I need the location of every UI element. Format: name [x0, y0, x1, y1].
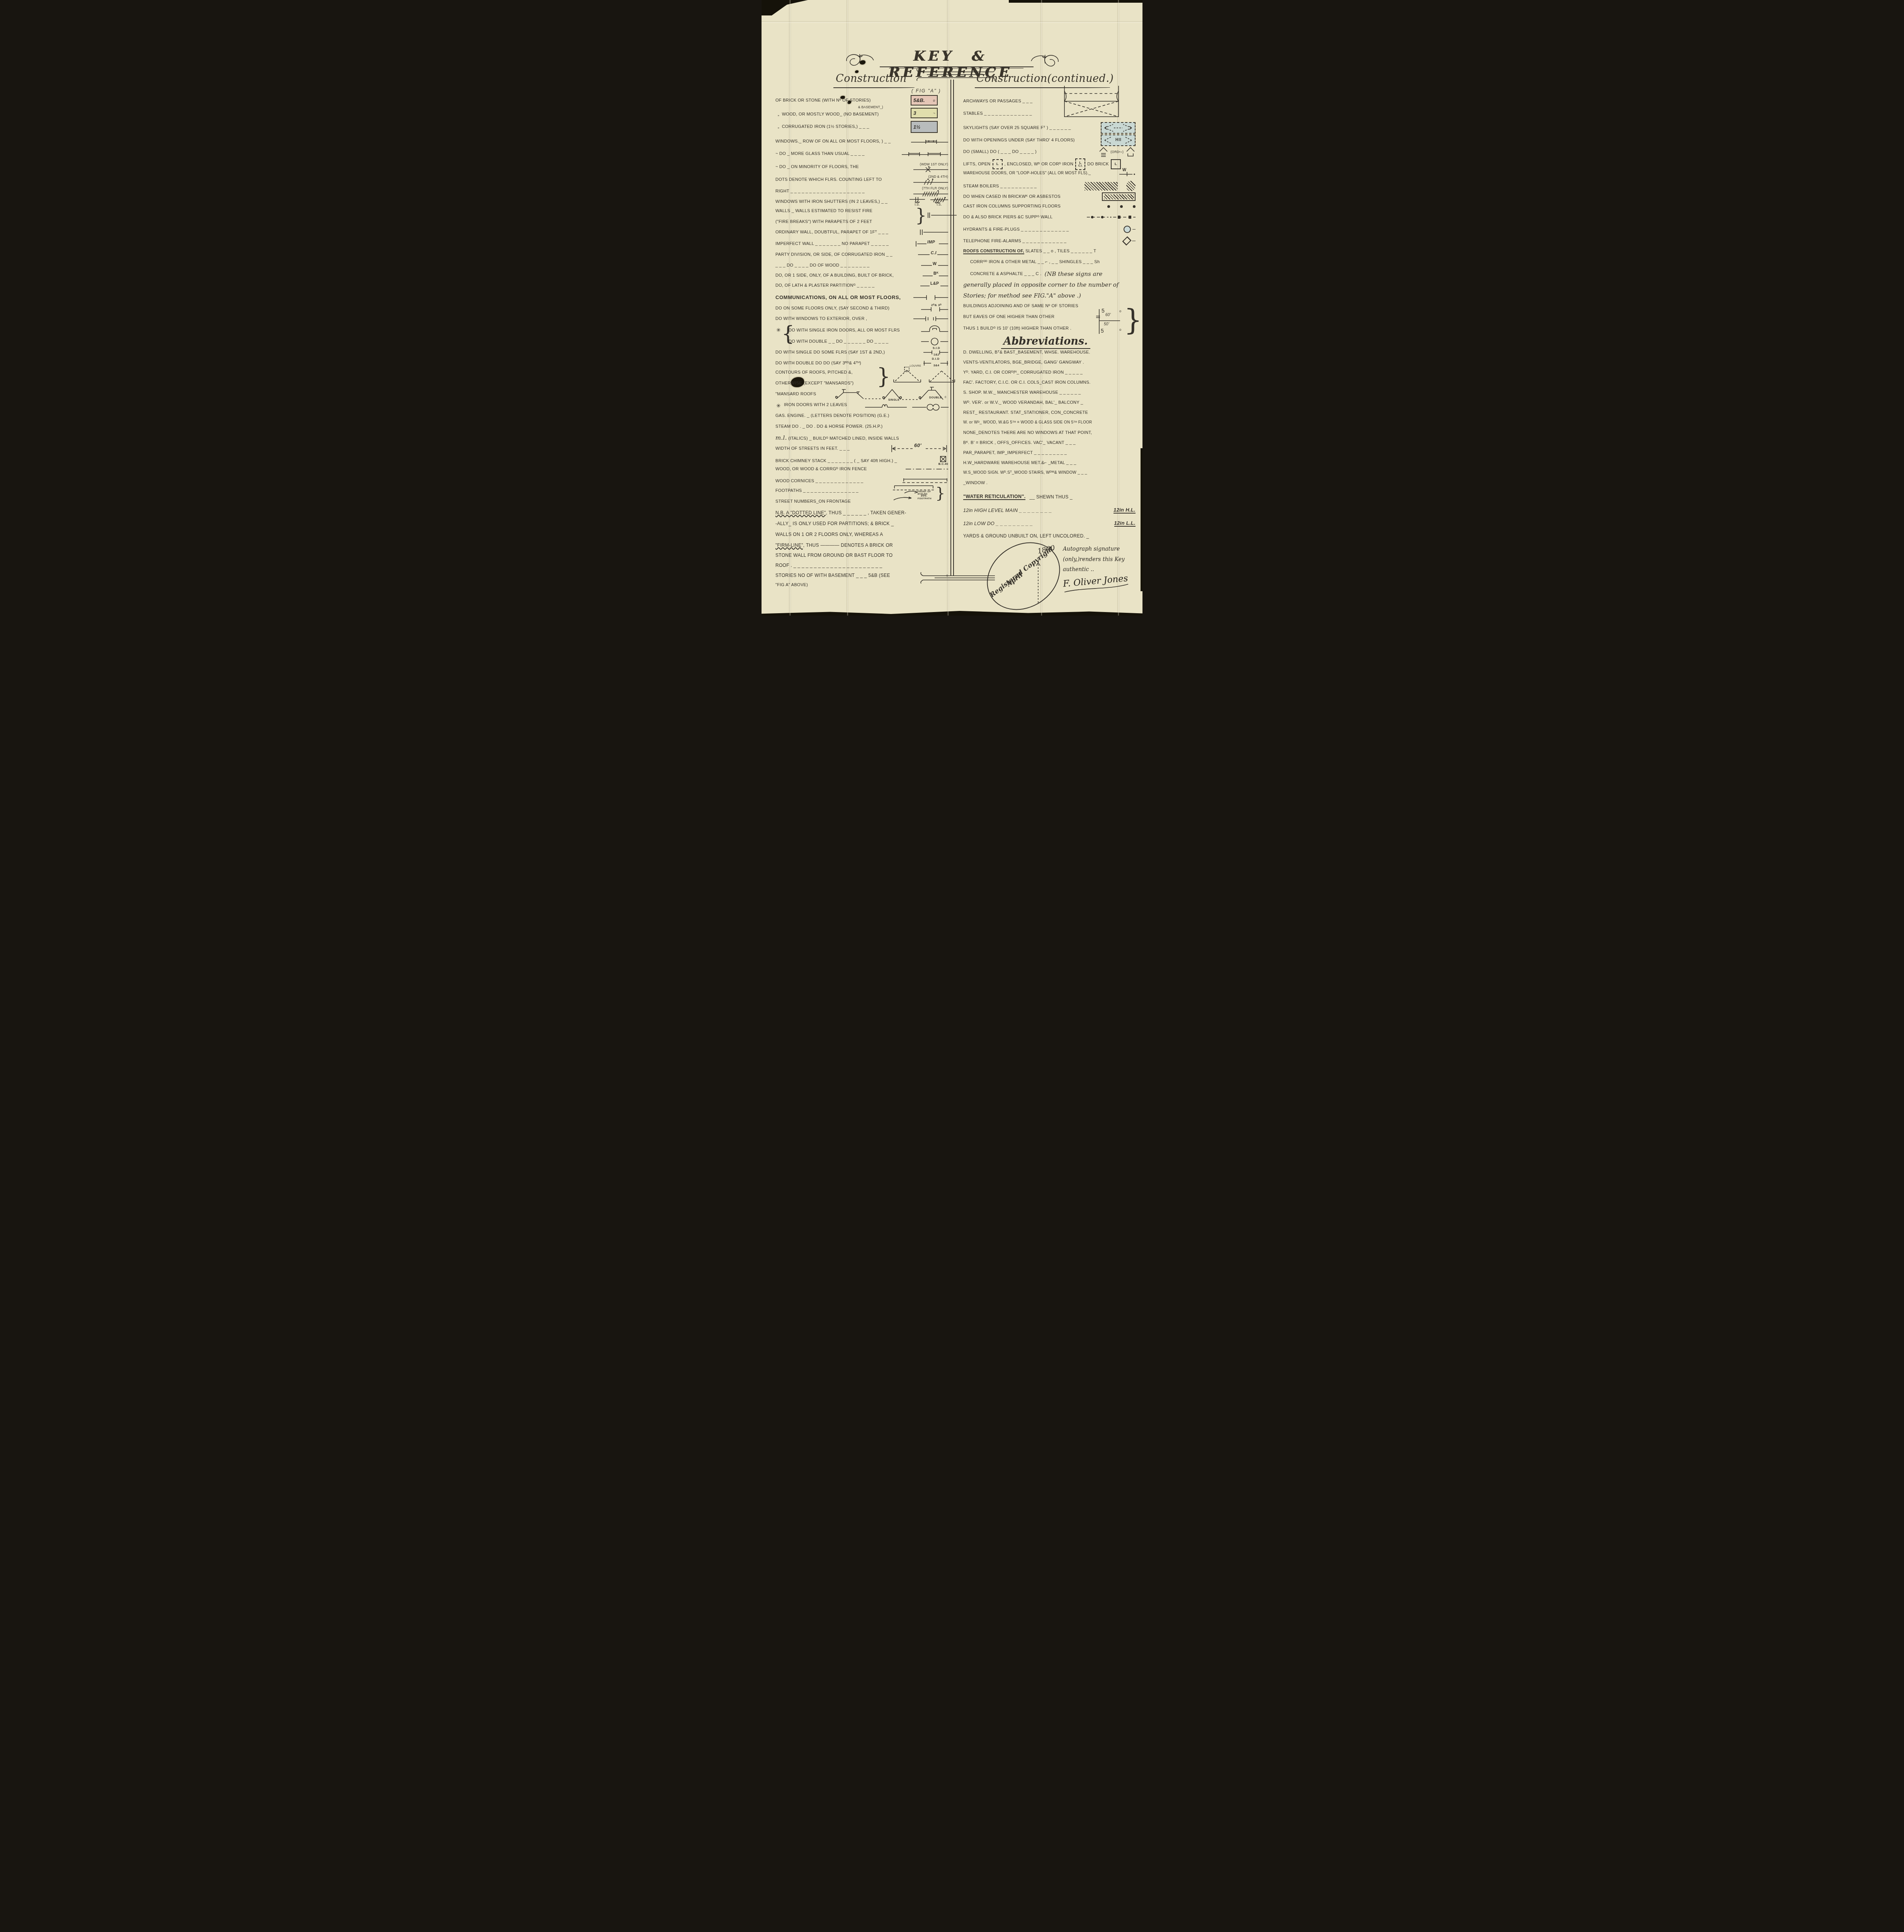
stories-corner-mark: o	[946, 573, 948, 577]
skylight-floors-code: HII	[1115, 138, 1122, 142]
legend-row-thus-higher: THUS 1 BUILDᴳ IS 10' (10ft) HIGHER THAN …	[963, 326, 1091, 331]
nb-note-end: Stories; for method see FIG."A" above .)	[963, 292, 1081, 299]
footpath-label: FOOTPATH	[918, 498, 932, 500]
pitched-roof-diagrams: LOUVRE	[891, 366, 959, 386]
lath-plaster-symbol: L&P	[920, 283, 948, 288]
entry-label: WALLS _ WALLS ESTIMATED TO RESIST FIRE	[775, 209, 872, 213]
entry-label: WAREHOUSE DOORS, OR "LOOP-HOLES" (ALL OR…	[963, 171, 1091, 175]
abbrev-row: W.S_WOOD SIGN. Wᴰ.Sᵀ_WOOD STAIRS, Wᴰᵂ& W…	[963, 471, 1136, 475]
telephone-alarm-symbol	[1124, 238, 1136, 244]
brick-wall-symbol: Bᴷ	[923, 273, 948, 278]
eave-mark-o: o	[1119, 309, 1121, 313]
fig-a-box-iron: 1½	[911, 121, 938, 133]
firm-line-term: "FIRM-LINE",	[775, 543, 804, 548]
legend-row-dots-denote: DOTS DENOTE WHICH FLRS. COUNTING LEFT TO…	[775, 175, 948, 185]
legend-row-single-some-floors: DO WITH SINGLE DO SOME FLRS (SAY 1ST & 2…	[775, 349, 948, 356]
entry-label: WOOD CORNICES _ _ _ _ _ _ _ _ _ _ _ _ _	[775, 479, 864, 483]
fig-a-caption: ( FIG "A" )	[911, 88, 941, 94]
legend-row-cornices: WOOD CORNICES _ _ _ _ _ _ _ _ _ _ _ _ _	[775, 478, 948, 485]
stories-lower: 5	[1101, 328, 1104, 334]
entry-label: RIGHT _ _ _ _ _ _ _ _ _ _ _ _ _ _ _ _ _ …	[775, 189, 865, 194]
legend-row-gas-engine: GAS. ENGINE. _ (LETTERS DENOTE POSITION)…	[775, 413, 948, 418]
entry-label: STONE WALL FROM GROUND OR BAST FLOOR TO	[775, 553, 892, 558]
legend-row-fence: WOOD, OR WOOD & CORRGᴰ IRON FENCE	[775, 467, 948, 471]
entry-label: THUS ———— DENOTES A BRICK OR	[804, 543, 893, 548]
iron-shutter-hatched-symbol	[930, 197, 948, 202]
legend-row-single-iron-doors: DO WITH SINGLE IRON DOORS, ALL OR MOST F…	[789, 327, 948, 334]
entry-label: "FIG A" ABOVE)	[775, 583, 808, 587]
legend-row-wood-division: _ _ _ DO _ _ _ _ DO OF WOOD _ _ _ _ _ _ …	[775, 263, 948, 268]
entry-label: DO WITH SINGLE DO SOME FLRS (SAY 1ST & 2…	[775, 350, 885, 355]
document-scan: KEY & REFERENCE Construction Constructio…	[762, 0, 1142, 616]
abbrev-row: FAC'. FACTORY, C.I.C. OR C.I. COLS_CAST …	[963, 380, 1136, 385]
entry-label: DO WITH WINDOWS TO EXTERIOR, OVER ,	[775, 316, 867, 321]
black-edge-top	[1009, 0, 1142, 3]
entry-label: STEAM BOILERS _ _ _ _ _ _ _ _ _ _	[963, 184, 1037, 189]
roofs-heading: ROOFS CONSTRUCTION OF,	[963, 249, 1024, 254]
yards-unbuilt-row: YARDS & GROUND UNBUILT ON, LEFT UNCOLORE…	[963, 533, 1136, 539]
entry-label: FOOTPATHS _ _ _ _ _ _ _ _ _ _ _ _ _ _ _	[775, 488, 858, 493]
corrugated-iron-wall-symbol: C.I	[918, 252, 948, 257]
abbrev-text: W.S_WOOD SIGN. Wᴰ.Sᵀ_WOOD STAIRS, Wᴰᵂ& W…	[963, 471, 1087, 475]
lift-brick-symbol: L	[1111, 159, 1121, 169]
brace-glyph: }	[877, 368, 891, 386]
legend-row-skylights: SKYLIGHTS (SAY OVER 25 SQUARE Fᵀ ) _ _ _…	[963, 122, 1136, 134]
entry-label: SKYLIGHTS (SAY OVER 25 SQUARE Fᵀ ) _ _ _…	[963, 126, 1071, 130]
legend-row-cased-boilers: DO WHEN CASED IN BRICKWᴷ OR ASBESTOS	[963, 192, 1136, 201]
entry-label: STREET NUMBERS_ON FRONTAGE	[775, 499, 851, 504]
footnote-asterisk: ✳	[776, 327, 781, 333]
footpath-diagram: FRONT OF BUILDG 300. FOOTPATH	[893, 485, 935, 502]
legend-row-brick-side: DO, OR 1 SIDE, ONLY, OF A BUILDING, BUIL…	[775, 273, 948, 278]
entry-label: DO & ALSO BRICK PIERS &C SUPPᴳ WALL	[963, 215, 1052, 219]
floors-code: 2ᴰ& 3ᴰ	[931, 303, 942, 307]
entry-label: STABLES _ _ _ _ _ _ _ _ _ _ _ _ _	[963, 111, 1032, 116]
brace-glyph: }	[1124, 306, 1142, 335]
window-annotation: (2ND & 4TH)	[928, 175, 948, 179]
iron-door-leaf-symbols: SINGLE DOUBLE	[865, 398, 949, 411]
legend-row-matched-lined: m.l. (ITALICS) _ BUILDᴳ MATCHED LINED, I…	[775, 434, 948, 441]
window-more-glass-symbol	[902, 151, 948, 156]
wall-code-lp: L&P	[930, 281, 939, 286]
wall-code-ci: C.I	[931, 251, 937, 255]
footpath-symbol-group: FRONT OF BUILDG 300. FOOTPATH }	[893, 485, 945, 502]
entry-label: OF BRICK OR STONE (WITH Nº OF STORIES)	[775, 98, 871, 103]
sid-symbol: S.I.D 1&2	[923, 349, 948, 356]
abbrev-text: Bᴷ. B' = BRICK , OFFS_OFFICES. VAC'_ VAC…	[963, 440, 1076, 445]
legend-row-steam-boilers: STEAM BOILERS _ _ _ _ _ _ _ _ _ _	[963, 181, 1136, 191]
entry-label: _ _ _ DO _ _ _ _ DO OF WOOD _ _ _ _ _ _ …	[775, 263, 869, 268]
stamp-arrow-dashes	[1035, 560, 1041, 603]
lift-open-symbol: L	[993, 159, 1003, 169]
entry-label: DO WITH SINGLE IRON DOORS, ALL OR MOST F…	[789, 328, 900, 333]
legend-row-stories-basement: STORIES NO OF WITH BASEMENT _ _ _ 5&B (S…	[775, 573, 948, 578]
firebreak-wall-symbol: }	[915, 206, 957, 224]
entry-label: (ITALICS) _ BUILDᴳ MATCHED LINED, INSIDE…	[788, 436, 899, 441]
lift-letter: L	[1079, 161, 1081, 165]
legend-row-communications-windows: DO WITH WINDOWS TO EXTERIOR, OVER ,	[775, 316, 948, 321]
window-row-symbol	[911, 139, 948, 144]
loophole-code: W	[1122, 168, 1126, 172]
entry-label: SLATES _ _ o , TILES _ _ _ _ _ _ T	[1024, 249, 1096, 253]
legend-row-fig-a-ref: "FIG A" ABOVE)	[775, 583, 948, 587]
column-divider-line-1	[950, 80, 951, 576]
legend-row-roof-leader: ROOF . _ _ _ _ _ _ _ _ _ _ _ _ _ _ _ _ _…	[775, 563, 948, 568]
fig-a-box-label: 5&B.	[913, 97, 925, 103]
water-main-code-hl: 12in H.L.	[1113, 507, 1136, 514]
iron-shutter-label: I.S.	[937, 202, 942, 206]
entry-label: IRON DOORS WITH 2 LEAVES	[784, 403, 847, 407]
legend-row-windows-more-glass: ~ DO _ MORE GLASS THAN USUAL _ _ _ _	[775, 151, 948, 156]
column-dots-symbol	[1107, 205, 1136, 208]
legend-row-nb-dotted-1: N.B. A "DOTTED LINE", THUS _ _ _ _ _ _ ,…	[775, 510, 948, 515]
entry-label: HYDRANTS & FIRE-PLUGS _ _ _ _ _ _ _ _ _ …	[963, 227, 1069, 232]
legend-row-nb-dotted-2: -ALLY_ IS ONLY USED FOR PARTITIONS; & BR…	[775, 521, 948, 526]
entry-label: DO WITH DOUBLE _ _ DO _ _ _ _ _ _ DO _ _…	[789, 339, 888, 344]
legend-row-brick-stone: OF BRICK OR STONE (WITH Nº OF STORIES)	[775, 98, 908, 103]
legend-row-wood: „ WOOD, OR MOSTLY WOOD_ (NO BASEMENT)	[775, 112, 908, 117]
entry-label: DO WITH DOUBLE DO DO (SAY 3ᴿᴰ& 4ᵀᴴ)	[775, 361, 861, 366]
entry-label: ~ DO _ MORE GLASS THAN USUAL _ _ _ _	[775, 151, 865, 156]
title-underline	[880, 66, 1034, 67]
legend-row-warehouse-doors: WAREHOUSE DOORS, OR "LOOP-HOLES" (ALL OR…	[963, 170, 1136, 176]
boiler-rect-symbol	[1085, 182, 1118, 190]
torn-corner-top-left	[762, 0, 808, 15]
autograph-line: (only,)renders this Key	[1063, 554, 1139, 565]
copyright-stamp: Registered Copyright April 1890	[980, 543, 1077, 614]
window-annotation: (7TH FLR ONLY)	[922, 186, 948, 190]
fence-symbol	[906, 468, 948, 471]
entry-label: DOTS DENOTE WHICH FLRS. COUNTING LEFT TO	[775, 177, 882, 182]
legend-row-stables: STABLES _ _ _ _ _ _ _ _ _ _ _ _ _	[963, 111, 1052, 116]
legend-row-counting-right: RIGHT _ _ _ _ _ _ _ _ _ _ _ _ _ _ _ _ _ …	[775, 186, 948, 196]
abbrev-row: H.W_HARDWARE WAREHOUSE MET.&⌐ _METAL _ _…	[963, 461, 1136, 465]
abbrev-text: Wᴰ. VER'. or W.V._ WOOD VERANDAH, BAL'_ …	[963, 400, 1083, 405]
entry-label: WIDTH OF STREETS IN FEET. _ _ _	[775, 446, 850, 451]
entry-label: ~ DO _ ON MINORITY OF FLOORS, THE	[775, 165, 859, 169]
thick-wall-line	[926, 212, 957, 218]
entry-label: -ALLY_ IS ONLY USED FOR PARTITIONS; & BR…	[775, 521, 894, 526]
legend-row-double-iron-doors: DO WITH DOUBLE _ _ DO _ _ _ _ _ _ DO _ _…	[789, 338, 948, 345]
entry-label: BUILDINGS ADJOINING AND OF SAME Nº OF ST…	[963, 304, 1078, 308]
autograph-note: Autograph signature (only,)renders this …	[1063, 544, 1139, 586]
legend-row-fire-breaks: ("FIRE BREAKS") WITH PARAPETS OF 2 FEET	[775, 219, 915, 224]
fig-a-box-brick: 5&B. o	[911, 95, 938, 105]
entry-label: CORRUGATED IRON (1½ STORIES,) _ _ _	[782, 124, 869, 129]
lift-letter: L	[996, 162, 999, 166]
legend-row-windows-row: WINDOWS._ ROW OF ON ALL OR MOST FLOORS, …	[775, 139, 948, 144]
entry-label: WINDOWS WITH IRON SHUTTERS (IN 2 LEAVES,…	[775, 199, 887, 204]
left-header-underline	[833, 87, 915, 88]
abbrev-row: REST_ RESTAURANT. STAT_STATIONER, CON_CO…	[963, 410, 1136, 415]
legend-row-roofs-slates: ROOFS CONSTRUCTION OF, SLATES _ _ o , TI…	[963, 249, 1136, 253]
boiler-round-symbol	[1126, 181, 1136, 191]
legend-row-iron-doors-2-leaves: IRON DOORS WITH 2 LEAVES	[784, 403, 861, 407]
street-width-symbol: 60'	[890, 445, 948, 452]
single-iron-door-symbol	[921, 327, 948, 334]
iron-shutter-symbol	[909, 197, 925, 202]
eaves-height-symbol: 5 60' 50' 5 o o }	[1094, 308, 1136, 335]
louvre-label: LOUVRE	[910, 365, 921, 367]
entry-label: WOOD, OR WOOD & CORRGᴰ IRON FENCE	[775, 467, 867, 471]
entry-label: CAST IRON COLUMNS SUPPORTING FLOORS	[963, 204, 1061, 209]
eave-height-upper: 60'	[1105, 313, 1111, 317]
legend-row-nb-dotted-3: WALLS ON 1 OR 2 FLOORS ONLY, WHEREAS A	[775, 532, 948, 537]
entry-label: STORIES NO OF WITH BASEMENT _ _ _ 5&B (S…	[775, 573, 890, 578]
legend-row-street-numbers: STREET NUMBERS_ON FRONTAGE	[775, 499, 891, 504]
cased-boiler-symbol	[1102, 192, 1136, 201]
brace-glyph: }	[915, 206, 926, 224]
legend-row-nb-note-2: generally placed in opposite corner to t…	[963, 281, 1136, 288]
abbrev-row: Bᴷ. B' = BRICK , OFFS_OFFICES. VAC'_ VAC…	[963, 440, 1136, 445]
legend-row-party-division: PARTY DIVISION, OR SIDE, OF CORRUGATED I…	[775, 252, 948, 257]
legend-row-roofs-metal: CORRᴳᴰ IRON & OTHER METAL _ _ ⌐ , _ _ SH…	[970, 260, 1136, 264]
legend-row-skylight-small: DO (SMALL) DO ( _ _ _ DO _ _ _ _ ) (ORDᵞ…	[963, 147, 1136, 157]
fig-a-box-wood: 3 ¬	[911, 108, 938, 118]
window-annotation: (WDW 1ST ONLY)	[920, 162, 948, 166]
window-minority-symbol	[913, 166, 948, 172]
entry-label: CONTOURS OF ROOFS, PITCHED &,	[775, 370, 853, 375]
abbrev-row: W. or Wᴰ_ WOOD, W.&G 5ᵀᴴ = WOOD & GLASS …	[963, 420, 1136, 425]
legend-row-imperfect-wall: IMPERFECT WALL _ _ _ _ _ _ _ NO PARAPET …	[775, 241, 948, 247]
fig-a-box-label: 1½	[913, 124, 920, 130]
entry-label: STEAM DO . _ DO . DO & HORSE POWER. (25.…	[775, 424, 882, 429]
legend-row-walls-fire: WALLS _ WALLS ESTIMATED TO RESIST FIRE	[775, 209, 915, 213]
lift-enclosed-symbol: L C.I.	[1075, 158, 1085, 170]
communication-exterior-symbol	[913, 316, 948, 321]
entry-label: WALLS ON 1 OR 2 FLOORS ONLY, WHEREAS A	[775, 532, 883, 537]
communication-symbol	[913, 295, 948, 300]
eave-mark-o: o	[1119, 328, 1121, 332]
entry-label: DO (SMALL) DO ( _ _ _ DO _ _ _ _ )	[963, 150, 1037, 154]
entry-label: DO WHEN CASED IN BRICKWᴷ OR ASBESTOS	[963, 194, 1061, 199]
entry-label: , ENCLOSED, Wᴰ OR CORᴰ IRON	[1005, 162, 1074, 167]
water-shewn-thus: __ SHEWN THUS _	[1029, 494, 1073, 500]
entry-label: ARCHWAYS OR PASSAGES _ _ _	[963, 99, 1032, 104]
legend-row-communications: COMMUNICATIONS, ON ALL OR MOST FLOORS,	[775, 294, 948, 300]
ml-italic-code: m.l.	[775, 434, 787, 441]
chimney-symbol: B.C.40	[938, 456, 948, 466]
legend-row-mansard: "MANSARD ROOFS	[775, 392, 833, 396]
brick-pier-symbol	[1087, 215, 1136, 219]
sid-code: S.I.D	[933, 346, 940, 350]
fold-crease-h	[762, 21, 1142, 23]
lift-material: C.I.	[1078, 165, 1083, 167]
communication-floors-symbol: 2ᴰ& 3ᴰ	[921, 305, 948, 311]
ditto-mark: „	[778, 124, 779, 129]
left-column-header: Construction	[836, 73, 907, 85]
abbrev-text: H.W_HARDWARE WAREHOUSE MET.&⌐ _METAL _ _…	[963, 461, 1076, 465]
abbrev-row: Yᴰ. YARD, C.I. OR CORᴰIᴺ_ CORRUGATED IRO…	[963, 370, 1136, 375]
window-seventh-floor-symbol	[913, 190, 948, 196]
cornice-symbol	[903, 478, 948, 485]
eave-height-lower: 50'	[1104, 322, 1109, 327]
entry-label: DO ON SOME FLOORS ONLY, (SAY SECOND & TH…	[775, 306, 889, 311]
wall-code-imp: IMP	[927, 240, 935, 245]
abbrev-row: S. SHOP. M.W._ MANCHESTER WAREHOUSE _ _ …	[963, 390, 1136, 395]
legend-row-eaves-higher: BUT EAVES OF ONE HIGHER THAN OTHER	[963, 315, 1091, 319]
double-leaf-label: DOUBLE	[929, 396, 942, 399]
entry-label: BRICK CHIMNEY STACK _ _ _ _ _ _ _ ( _ SA…	[775, 459, 897, 463]
legend-row-archways: ARCHWAYS OR PASSAGES _ _ _	[963, 99, 1052, 104]
entry-label: "MANSARD ROOFS	[775, 392, 816, 396]
dotted-line-term: N.B. A "DOTTED LINE",	[775, 510, 827, 515]
nb-note-start: (NB these signs are	[1045, 270, 1103, 277]
entry-label: THUS _ _ _ _ _ _ , TAKEN GENER-	[827, 510, 906, 515]
entry-label: COMMUNICATIONS, ON ALL OR MOST FLOORS,	[775, 294, 901, 300]
legend-row-street-width: WIDTH OF STREETS IN FEET. _ _ _ 60'	[775, 445, 948, 452]
water-reticulation-row: "WATER RETICULATION". __ SHEWN THUS _	[963, 494, 1136, 500]
legend-row-ordinary-wall: ORDINARY WALL, DOUBTFUL, PARAPET OF 1Fᵀ …	[775, 230, 948, 235]
legend-row-skylight-openings: DO WITH OPENINGS UNDER (SAY THRO' 4 FLOO…	[963, 134, 1136, 146]
fig-a-box-corner: o	[933, 99, 935, 102]
small-skylight-symbol	[1098, 147, 1108, 157]
column-divider-line-2	[953, 80, 954, 576]
legend-row-roof-contours-1: CONTOURS OF ROOFS, PITCHED &,	[775, 370, 876, 375]
legend-row-footpaths: FOOTPATHS _ _ _ _ _ _ _ _ _ _ _ _ _ _ _	[775, 488, 891, 493]
small-skylight-symbol-2	[1125, 147, 1136, 157]
legend-row-nb-note-3: Stories; for method see FIG."A" above .)	[963, 292, 1136, 299]
entry-label: TELEPHONE FIRE-ALARMS _ _ _ _ _ _ _ _ _ …	[963, 239, 1066, 243]
yards-unbuilt-label: YARDS & GROUND UNBUILT ON, LEFT UNCOLORE…	[963, 533, 1089, 539]
abbrev-row: Wᴰ. VER'. or W.V._ WOOD VERANDAH, BAL'_ …	[963, 400, 1136, 405]
abbrev-text: VENTS-VENTILATORS, BGE_BRIDGE, GANG' GAN…	[963, 360, 1084, 365]
wall-code-bk: Bᴷ	[933, 271, 938, 276]
abbrev-row: VENTS-VENTILATORS, BGE_BRIDGE, GANG' GAN…	[963, 360, 1136, 365]
abbrev-row: _WINDOW .	[963, 481, 1136, 485]
fig-a-box-corner: ¬	[933, 111, 935, 115]
wood-wall-symbol: W	[921, 263, 948, 268]
did-code: D.I.D	[932, 357, 940, 361]
abbrev-text: W. or Wᴰ_ WOOD, W.&G 5ᵀᴴ = WOOD & GLASS …	[963, 420, 1092, 425]
water-main-label: 12in LOW DO _ _ _ _ _ _ _ _ _	[963, 521, 1033, 526]
hydrant-symbol	[1124, 226, 1136, 233]
abbreviations-title: Abbreviations.	[1001, 335, 1090, 349]
water-main-label: 12in HIGH LEVEL MAIN _ _ _ _ _ _ _ _	[963, 508, 1052, 513]
fig-a-box-label: 3	[913, 110, 916, 116]
lift-letter: L	[1115, 162, 1117, 166]
black-edge-right	[1141, 448, 1142, 591]
abbreviations-header: Abbreviations.	[1001, 335, 1090, 347]
entry-sublabel: & BASEMENT_)	[858, 105, 883, 109]
nb-note-middle: generally placed in opposite corner to t…	[963, 281, 1119, 288]
autograph-line: Autograph signature	[1063, 544, 1139, 554]
title-underline-2	[889, 68, 1023, 68]
legend-row-windows-minority: ~ DO _ ON MINORITY OF FLOORS, THE (WDW 1…	[775, 162, 948, 172]
legend-row-chimney: BRICK CHIMNEY STACK _ _ _ _ _ _ _ ( _ SA…	[775, 456, 948, 466]
abbrev-text: NONE_DENOTES THERE ARE NO WINDOWS AT THA…	[963, 430, 1092, 435]
entry-label: WINDOWS._ ROW OF ON ALL OR MOST FLOORS, …	[775, 139, 891, 144]
entry-label: ORDINARY WALL, DOUBTFUL, PARAPET OF 1Fᵀ …	[775, 230, 888, 235]
entry-label: CONCRETE & ASPHALTE _ _ _ C .	[970, 272, 1042, 276]
abbrev-text: D. DWELLING, Bᵀ& BAST_BASEMENT, WHSE. WA…	[963, 350, 1090, 355]
entry-label: DO, OR 1 SIDE, ONLY, OF A BUILDING, BUIL…	[775, 273, 894, 278]
black-edge-bottom	[762, 609, 1142, 616]
water-main-row-hl: 12in HIGH LEVEL MAIN _ _ _ _ _ _ _ _ 12i…	[963, 507, 1136, 514]
entry-label: CORRᴳᴰ IRON & OTHER METAL _ _ ⌐ , _ _ SH…	[970, 260, 1100, 264]
entry-label: IMPERFECT WALL _ _ _ _ _ _ _ NO PARAPET …	[775, 241, 889, 246]
entry-label: DO BRICK	[1087, 162, 1109, 167]
loophole-symbol: W	[1119, 170, 1136, 176]
window-dots-symbol	[913, 179, 948, 185]
legend-row-lath-plaster: DO, OF LATH & PLASTER PARTITIONᴳ _ _ _ _…	[775, 283, 948, 288]
entry-label: ROOF . _ _ _ _ _ _ _ _ _ _ _ _ _ _ _ _ _…	[775, 563, 882, 568]
entry-label: DO, OF LATH & PLASTER PARTITIONᴳ _ _ _ _…	[775, 283, 874, 288]
street-width-value: 60'	[914, 442, 921, 448]
ordinary-skylight-note: (ORDᵞ=)	[1110, 150, 1124, 154]
double-iron-door-symbol	[921, 338, 948, 345]
stories-upper: 5	[1102, 308, 1105, 314]
legend-row-brick-piers: DO & ALSO BRICK PIERS &C SUPPᴳ WALL	[963, 215, 1136, 219]
sid-floors: 1&2	[933, 353, 939, 356]
abbrev-text: Yᴰ. YARD, C.I. OR CORᴰIᴺ_ CORRUGATED IRO…	[963, 370, 1083, 375]
right-column-header: Construction(continued.)	[976, 73, 1114, 85]
legend-row-firm-line: "FIRM-LINE", THUS ———— DENOTES A BRICK O…	[775, 543, 948, 548]
water-main-code-ll: 12in L.L.	[1114, 520, 1136, 527]
ditto-mark: „	[778, 112, 779, 117]
legend-row-stone-wall: STONE WALL FROM GROUND OR BAST FLOOR TO	[775, 553, 948, 558]
abbrev-text: _WINDOW .	[963, 481, 988, 485]
abbrev-row: NONE_DENOTES THERE ARE NO WINDOWS AT THA…	[963, 430, 1136, 435]
entry-label: PARTY DIVISION, OR SIDE, OF CORRUGATED I…	[775, 252, 892, 257]
abbrev-text: S. SHOP. M.W._ MANCHESTER WAREHOUSE _ _ …	[963, 390, 1081, 395]
street-number-sample: 300.	[921, 494, 928, 497]
entry-label: THUS 1 BUILDᴳ IS 10' (10ft) HIGHER THAN …	[963, 326, 1071, 331]
legend-row-brick-sub: & BASEMENT_)	[858, 105, 908, 109]
wall-code-w: W	[933, 262, 937, 266]
imperfect-wall-symbol: IMP	[915, 241, 948, 247]
entry-label: LIFTS, OPEN	[963, 162, 991, 167]
legend-row-corrugated-iron: „ CORRUGATED IRON (1½ STORIES,) _ _ _	[775, 124, 908, 129]
entry-label: WOOD, OR MOSTLY WOOD_ (NO BASEMENT)	[782, 112, 879, 117]
ordinary-wall-symbol	[919, 230, 948, 235]
legend-row-communications-some: DO ON SOME FLOORS ONLY, (SAY SECOND & TH…	[775, 305, 948, 311]
abbrev-text: REST_ RESTAURANT. STAT_STATIONER, CON_CO…	[963, 410, 1088, 415]
abbrev-row: D. DWELLING, Bᵀ& BAST_BASEMENT, WHSE. WA…	[963, 350, 1136, 355]
skylight-symbol	[1101, 122, 1136, 134]
legend-row-cast-iron-columns: CAST IRON COLUMNS SUPPORTING FLOORS	[963, 204, 1136, 209]
footnote-asterisk: ✳	[776, 403, 781, 409]
archway-stables-diagram	[1056, 86, 1125, 123]
water-main-row-ll: 12in LOW DO _ _ _ _ _ _ _ _ _ 12in L.L.	[963, 520, 1136, 527]
abbrev-text: FAC'. FACTORY, C.I.C. OR C.I. COLS_CAST …	[963, 380, 1091, 385]
brace-glyph: }	[935, 485, 945, 501]
single-leaf-label: SINGLE	[888, 399, 899, 401]
entry-label: BUT EAVES OF ONE HIGHER THAN OTHER	[963, 315, 1054, 319]
legend-row-lifts: LIFTS, OPEN L , ENCLOSED, Wᴰ OR CORᴰ IRO…	[963, 158, 1136, 170]
entry-label: ("FIRE BREAKS") WITH PARAPETS OF 2 FEET	[775, 219, 872, 224]
abbrev-text: PAR_PARAPET, IMP_IMPERFECT _ _ _ _ _ _ _…	[963, 451, 1067, 455]
skylight-openings-symbol: HII	[1101, 134, 1136, 146]
roof-contour-symbols: } LOUVRE	[877, 366, 959, 386]
chimney-code: B.C.40	[938, 462, 948, 466]
legend-row-hydrants: HYDRANTS & FIRE-PLUGS _ _ _ _ _ _ _ _ _ …	[963, 226, 1136, 233]
legend-row-roofs-concrete: CONCRETE & ASPHALTE _ _ _ C . (NB these …	[970, 270, 1136, 277]
legend-row-fire-alarms: TELEPHONE FIRE-ALARMS _ _ _ _ _ _ _ _ _ …	[963, 238, 1136, 244]
entry-label: GAS. ENGINE. _ (LETTERS DENOTE POSITION)…	[775, 413, 889, 418]
entry-label: DO WITH OPENINGS UNDER (SAY THRO' 4 FLOO…	[963, 138, 1075, 143]
abbrev-row: PAR_PARAPET, IMP_IMPERFECT _ _ _ _ _ _ _…	[963, 451, 1136, 455]
legend-row-steam-engine: STEAM DO . _ DO . DO & HORSE POWER. (25.…	[775, 424, 948, 429]
water-reticulation-title: "WATER RETICULATION".	[963, 494, 1025, 500]
